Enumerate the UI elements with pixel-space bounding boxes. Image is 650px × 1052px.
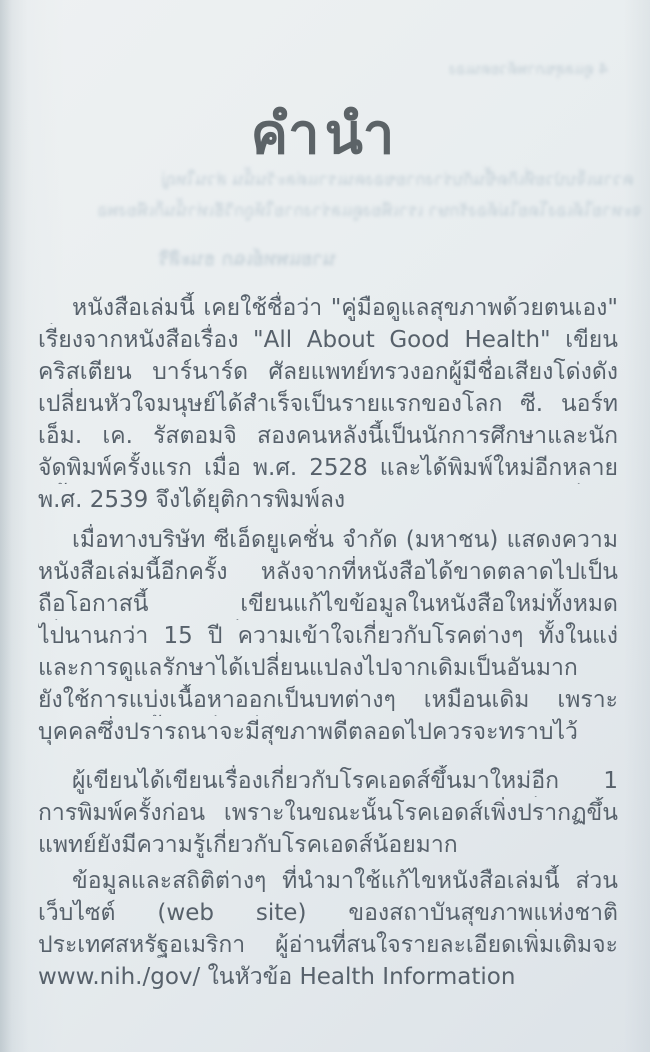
text-line: คริสเตียน บาร์นาร์ด ศัลยแพทย์ทรวงอกผู้มี… xyxy=(38,356,618,388)
text-line: การพิมพ์ครั้งก่อน เพราะในขณะนั้นโรคเอดส์… xyxy=(38,797,618,829)
preface-body: หนังสือเล่มนี้ เคยใช้ชื่อว่า "คู่มือดูแล… xyxy=(0,292,650,993)
text-line: พ.ศ. 2539 จึงได้ยุติการพิมพ์ลง xyxy=(38,484,618,516)
text-line: จัดพิมพ์ครั้งแรก เมื่อ พ.ศ. 2528 และได้พ… xyxy=(38,452,618,484)
bleedthrough-signature: นายแพทย์เฉก ธนะสิริ xyxy=(36,244,336,274)
text-line: ไปนานกว่า 15 ปี ความเข้าใจเกี่ยวกับโรคต่… xyxy=(38,620,618,652)
text-line: และการดูแลรักษาได้เปลี่ยนแปลงไปจากเดิมเป… xyxy=(38,652,618,684)
text-line: ถือโอกาสนี้ เขียนแก้ไขข้อมูลในหนังสือใหม… xyxy=(38,588,618,620)
text-line: www.nih./gov/ ในหัวข้อ Health Informatio… xyxy=(38,961,618,993)
text-line: ผู้เขียนได้เขียนเรื่องเกี่ยวกับโรคเอดส์ข… xyxy=(38,765,618,797)
text-line: บุคคลซึ่งปรารถนาจะมีสุขภาพดีตลอดไปควรจะท… xyxy=(38,716,618,748)
text-line: เมื่อทางบริษัท ซีเอ็ดยูเคชั่น จำกัด (มหา… xyxy=(38,524,618,556)
text-line: เว็บไซต์ (web site) ของสถาบันสุขภาพแห่งช… xyxy=(38,897,618,929)
paragraph: ข้อมูลและสถิติต่างๆ ที่นำมาใช้แก้ไขหนังส… xyxy=(38,865,618,993)
text-line: ยังใช้การแบ่งเนื้อหาออกเป็นบทต่างๆ เหมือ… xyxy=(38,684,618,716)
text-line: เอ็ม. เค. รัสตอมจิ สองคนหลังนี้เป็นนักกา… xyxy=(38,420,618,452)
text-line: ประเทศสหรัฐอเมริกา ผู้อ่านที่สนใจรายละเอ… xyxy=(38,929,618,961)
text-line: ข้อมูลและสถิติต่างๆ ที่นำมาใช้แก้ไขหนังส… xyxy=(38,865,618,897)
text-line: หนังสือเล่มนี้ เคยใช้ชื่อว่า "คู่มือดูแล… xyxy=(38,292,618,324)
text-line: เรียงจากหนังสือเรื่อง "All About Good He… xyxy=(38,324,618,356)
text-line: เปลี่ยนหัวใจมนุษย์ได้สำเร็จเป็นรายแรกของ… xyxy=(38,388,618,420)
bleedthrough-text-line: จะหายได้เองโดยไม่ต้องรักษา เราเพียงดูแลร… xyxy=(8,197,642,224)
paragraph: ผู้เขียนได้เขียนเรื่องเกี่ยวกับโรคเอดส์ข… xyxy=(38,765,618,861)
text-line: แพทย์ยังมีความรู้เกี่ยวกับโรคเอดส์น้อยมา… xyxy=(38,829,618,861)
page-title: คำนำ xyxy=(0,0,650,176)
paragraph: เมื่อทางบริษัท ซีเอ็ดยูเคชั่น จำกัด (มหา… xyxy=(38,524,618,748)
book-page: 4 ดูแลสุขภาพด้วยตนเอง ความเจ็บป่วยที่เกิ… xyxy=(0,0,650,1052)
paragraph: หนังสือเล่มนี้ เคยใช้ชื่อว่า "คู่มือดูแล… xyxy=(38,292,618,516)
text-line: หนังสือเล่มนี้อีกครั้ง หลังจากที่หนังสือ… xyxy=(38,556,618,588)
